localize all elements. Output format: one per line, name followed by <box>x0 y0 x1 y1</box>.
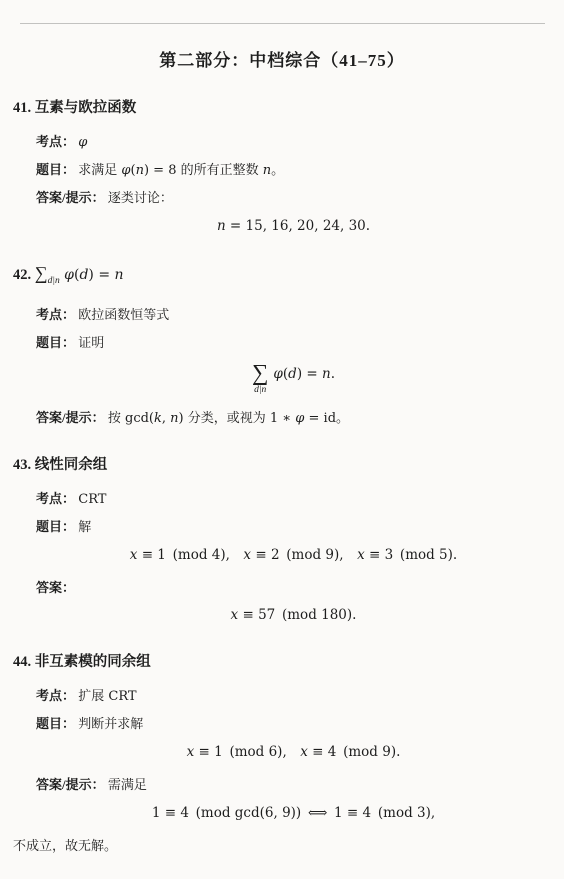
answer-line: 答案/提示： 需满足 <box>36 775 551 795</box>
timu-value: 证明 <box>78 336 104 351</box>
section-44-heading: 44. 非互素模的同余组 <box>13 651 551 673</box>
answer-label: 答案/提示： <box>36 777 105 792</box>
kaodian-label: 考点： <box>36 307 75 322</box>
timu-label: 题目： <box>36 162 75 177</box>
sum-subscript: d|n <box>254 385 266 396</box>
timu-value: 判断并求解 <box>78 717 143 732</box>
kaodian-label: 考点： <box>36 134 75 149</box>
answer-line: 答案： <box>36 578 551 597</box>
sum-icon: ∑ <box>35 263 48 283</box>
section-41-heading: 41. 互素与欧拉函数 <box>13 97 551 119</box>
equation: x ≡ 57 (mod 180). <box>36 606 551 625</box>
timu-line: 题目： 求满足 φ(n) = 8 的所有正整数 n。 <box>36 160 551 180</box>
answer-value: 按 gcd(k, n) 分类，或视为 1 ∗ φ = id。 <box>108 411 349 426</box>
section-42-number: 42. <box>13 267 31 283</box>
section-42-heading: 42. ∑d|n φ(d) = n <box>13 262 551 292</box>
timu-line: 题目： 解 <box>36 517 551 537</box>
section-44-number: 44. <box>13 654 31 670</box>
section-41-body: 考点： φ 题目： 求满足 φ(n) = 8 的所有正整数 n。 答案/提示： … <box>36 132 551 236</box>
answer-label: 答案： <box>36 580 75 595</box>
heading-math-rest: φ(d) = n <box>60 267 124 283</box>
kaodian-line: 考点： 欧拉函数恒等式 <box>36 305 551 325</box>
equation: n = 15, 16, 20, 24, 30. <box>36 217 551 236</box>
big-sum: ∑ d|n <box>252 361 268 396</box>
kaodian-value: φ <box>78 135 87 150</box>
answer-label: 答案/提示： <box>36 190 105 205</box>
kaodian-label: 考点： <box>36 491 75 506</box>
equation: x ≡ 1 (mod 4), x ≡ 2 (mod 9), x ≡ 3 (mod… <box>36 546 551 565</box>
timu-value: 求满足 φ(n) = 8 的所有正整数 n。 <box>78 163 284 178</box>
answer-line: 答案/提示： 逐类讨论： <box>36 188 551 208</box>
section-44-title: 非互素模的同余组 <box>35 654 151 670</box>
document-page: 第二部分：中档综合（41–75） 41. 互素与欧拉函数 考点： φ 题目： 求… <box>0 0 564 879</box>
section-41-number: 41. <box>13 100 31 116</box>
sum-subscript: d|n <box>48 276 60 286</box>
conclusion-text: 不成立，故无解。 <box>13 836 551 855</box>
answer-line: 答案/提示： 按 gcd(k, n) 分类，或视为 1 ∗ φ = id。 <box>36 408 551 428</box>
section-43-number: 43. <box>13 457 31 473</box>
kaodian-line: 考点： CRT <box>36 489 551 509</box>
section-43-heading: 43. 线性同余组 <box>13 454 551 476</box>
section-41-title: 互素与欧拉函数 <box>35 100 137 116</box>
answer-value: 逐类讨论： <box>108 191 173 206</box>
doc-title: 第二部分：中档综合（41–75） <box>13 0 551 71</box>
kaodian-line: 考点： φ <box>36 132 551 152</box>
kaodian-line: 考点： 扩展 CRT <box>36 686 551 706</box>
answer-label: 答案/提示： <box>36 410 105 425</box>
section-42-body: 考点： 欧拉函数恒等式 题目： 证明 ∑ d|n φ(d) = n. 答案/提示… <box>36 305 551 428</box>
equation: x ≡ 1 (mod 6), x ≡ 4 (mod 9). <box>36 743 551 762</box>
page-header-rule <box>20 23 545 24</box>
equation-rest: φ(d) = n. <box>273 366 335 382</box>
timu-value: 解 <box>78 520 91 535</box>
timu-line: 题目： 证明 <box>36 333 551 353</box>
timu-label: 题目： <box>36 335 75 350</box>
section-44-body: 考点： 扩展 CRT 题目： 判断并求解 x ≡ 1 (mod 6), x ≡ … <box>36 686 551 823</box>
timu-label: 题目： <box>36 716 75 731</box>
section-43-title: 线性同余组 <box>35 457 108 473</box>
answer-value: 需满足 <box>108 778 147 793</box>
kaodian-value: CRT <box>78 492 106 507</box>
section-42-title-math: ∑d|n φ(d) = n <box>35 268 124 283</box>
timu-label: 题目： <box>36 519 75 534</box>
sum-icon: ∑ <box>252 361 268 385</box>
display-equation: ∑ d|n φ(d) = n. <box>36 361 551 396</box>
section-43-body: 考点： CRT 题目： 解 x ≡ 1 (mod 4), x ≡ 2 (mod … <box>36 489 551 625</box>
timu-line: 题目： 判断并求解 <box>36 714 551 734</box>
kaodian-label: 考点： <box>36 688 75 703</box>
kaodian-value: 扩展 CRT <box>78 689 136 704</box>
equation: 1 ≡ 4 (mod gcd(6, 9)) ⟺ 1 ≡ 4 (mod 3), <box>36 804 551 823</box>
kaodian-value: 欧拉函数恒等式 <box>78 308 169 323</box>
